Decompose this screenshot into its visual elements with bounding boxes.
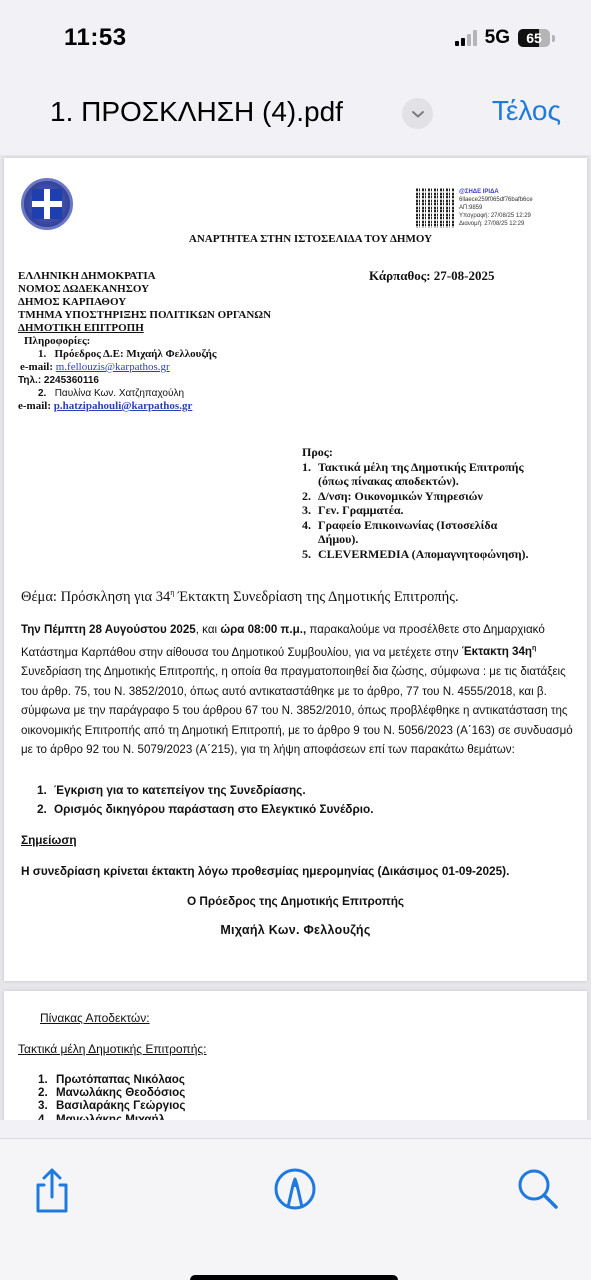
contact-name: Παυλίνα Κων. Χατζηπαχούλη — [55, 388, 184, 399]
session-label: Έκτακτη 34ηη — [462, 645, 537, 658]
stamp-signed: Υπογραφή: 27/08/25 12:29 — [459, 212, 533, 220]
to-label: Προς: — [302, 445, 529, 460]
contact-number: 2. — [38, 388, 46, 399]
markup-button[interactable] — [273, 1167, 317, 1211]
list-item: 1.Τακτικά μέλη της Δημοτικής Επιτροπής(ό… — [302, 460, 529, 489]
list-item: 2.Δ/νση: Οικονομικών Υπηρεσιών — [302, 489, 529, 504]
bottom-toolbar — [0, 1138, 591, 1280]
signatory-role: Ο Πρόεδρος της Δημοτικής Επιτροπής — [4, 894, 587, 908]
pdf-page-2: Πίνακας Αποδεκτών: Τακτικά μέλη Δημοτική… — [4, 991, 587, 1120]
status-bar: 11:53 5G 65 — [0, 0, 591, 80]
email-2-row: e-mail: p.hatzipahouli@karpathos.gr — [18, 400, 271, 413]
nav-bar: 1. ΠΡΟΣΚΛΗΣΗ (4).pdf Τέλος — [0, 80, 591, 152]
item-text: Γεν. Γραμματέα. — [318, 503, 404, 518]
search-icon — [516, 1167, 560, 1211]
contact-number: 1. — [38, 348, 46, 360]
item-text: Μανωλάκης Θεοδόσιος — [56, 1086, 185, 1099]
list-item: 3.Βασιλαράκης Γεώργιος — [38, 1099, 185, 1112]
battery-level: 65 — [518, 29, 550, 47]
document-title[interactable]: 1. ΠΡΟΣΚΛΗΣΗ (4).pdf — [50, 96, 343, 128]
note-title: Σημείωση — [21, 833, 77, 847]
item-number: 4. — [302, 518, 318, 547]
share-button[interactable] — [30, 1167, 74, 1211]
item-text: Δ/νση: Οικονομικών Υπηρεσιών — [318, 489, 483, 504]
stamp-protocol: ΑΠ:9859 — [459, 204, 533, 212]
list-item: 3.Γεν. Γραμματέα. — [302, 503, 529, 518]
note-text: Η συνεδρίαση κρίνεται έκτακτη λόγω προθε… — [21, 864, 509, 878]
contact-1: 1. Πρόεδρος Δ.Ε: Μιχαήλ Φελλουζής — [18, 348, 271, 361]
item-number: 2. — [302, 489, 318, 504]
title-menu-button[interactable] — [402, 98, 433, 129]
stamp-distributed: Διανομή: 27/08/25 12:29 — [459, 220, 533, 228]
contact-2: 2. Παυλίνα Κων. Χατζηπαχούλη — [18, 387, 271, 400]
home-indicator[interactable] — [190, 1275, 398, 1280]
session-sup: η — [532, 646, 536, 653]
recipients-list: 1.Τακτικά μέλη της Δημοτικής Επιτροπής(ό… — [302, 460, 529, 562]
list-item: 1.Έγκριση για το κατεπείγον της Συνεδρία… — [37, 781, 374, 800]
item-number: 3. — [302, 503, 318, 518]
item-text: Μανωλάκης Μιχαήλ — [56, 1113, 165, 1120]
network-type: 5G — [485, 27, 510, 49]
status-time: 11:53 — [64, 24, 127, 52]
pdf-viewer-screen: 11:53 5G 65 1. ΠΡΟΣΚΛΗΣΗ (4).pdf Τέλος — [0, 0, 591, 1280]
stamp-head: @ΣΗΔΕ ΙΡΙΔΑ — [459, 188, 533, 196]
status-indicators: 5G 65 — [455, 27, 555, 49]
issuer-line: ΕΛΛΗΝΙΚΗ ΔΗΜΟΚΡΑΤΙΑ — [18, 270, 271, 283]
list-item: 1.Πρωτόπαπας Νικόλαος — [38, 1073, 185, 1086]
item-number: 4. — [38, 1113, 56, 1120]
battery-icon: 65 — [518, 29, 550, 47]
item-number: 1. — [38, 1073, 56, 1086]
item-number: 1. — [37, 781, 54, 800]
item-text: Ορισμός δικηγόρου παράσταση στο Ελεγκτικ… — [54, 800, 374, 819]
issuer-line: ΝΟΜΟΣ ΔΩΔΕΚΑΝΗΣΟΥ — [18, 283, 271, 296]
regular-members-title: Τακτικά μέλη Δημοτικής Επιτροπής: — [18, 1042, 206, 1056]
meeting-time: ώρα 08:00 π.μ., — [220, 623, 306, 636]
phone: Τηλ.: 2245360116 — [18, 374, 271, 387]
email-link-1[interactable]: m.fellouzis@karpathos.gr — [56, 361, 170, 373]
issuer-line: ΔΗΜΟΤΙΚΗ ΕΠΙΤΡΟΠΗ — [18, 322, 271, 335]
body-text: Συνεδρίαση της Δημοτικής Επιτροπής, η οπ… — [21, 665, 573, 756]
subject-suffix: Έκτακτη Συνεδρίαση της Δημοτικής Επιτροπ… — [174, 589, 458, 605]
info-label: Πληροφορίες: — [18, 335, 271, 348]
item-number: 5. — [302, 547, 318, 562]
recipients-block: Προς: 1.Τακτικά μέλη της Δημοτικής Επιτρ… — [302, 445, 529, 561]
posting-header: ΑΝΑΡΤΗΤΕΑ ΣΤΗΝ ΙΣΤΟΣΕΛΙΔΑ ΤΟΥ ΔΗΜΟΥ — [4, 233, 587, 245]
digital-signature-stamp: @ΣΗΔΕ ΙΡΙΔΑ 6llaece259f065df76bafb6ce ΑΠ… — [459, 188, 533, 228]
item-text: Γραφείο Επικοινωνίας (ΙστοσελίδαΔήμου). — [318, 518, 497, 547]
done-button[interactable]: Τέλος — [492, 95, 561, 127]
markup-pen-icon — [273, 1167, 317, 1211]
body-paragraph: Την Πέμπτη 28 Αυγούστου 2025, και ώρα 08… — [21, 620, 581, 760]
email-label: e-mail: — [20, 361, 53, 373]
item-number: 1. — [302, 460, 318, 489]
greek-coat-of-arms-logo — [21, 178, 73, 230]
list-item: 4.Γραφείο Επικοινωνίας (ΙστοσελίδαΔήμου)… — [302, 518, 529, 547]
item-text: Έγκριση για το κατεπείγον της Συνεδρίαση… — [54, 781, 306, 800]
item-text: Πρωτόπαπας Νικόλαος — [56, 1073, 185, 1086]
list-item: 5.CLEVERMEDIA (Απομαγνητοφώνηση). — [302, 547, 529, 562]
signatory-name: Μιχαήλ Κων. Φελλουζής — [4, 923, 587, 937]
list-item: 4.Μανωλάκης Μιχαήλ — [38, 1113, 185, 1120]
agenda-topics: 1.Έγκριση για το κατεπείγον της Συνεδρία… — [37, 781, 374, 819]
place-date: Κάρπαθος: 27-08-2025 — [369, 268, 494, 284]
meeting-date: Την Πέμπτη 28 Αυγούστου 2025 — [21, 623, 196, 636]
recipients-table-title: Πίνακας Αποδεκτών: — [40, 1011, 150, 1025]
cellular-signal-icon — [455, 30, 477, 46]
issuer-block: ΕΛΛΗΝΙΚΗ ΔΗΜΟΚΡΑΤΙΑ ΝΟΜΟΣ ΔΩΔΕΚΑΝΗΣΟΥ ΔΗ… — [18, 270, 271, 413]
email-link-2[interactable]: p.hatzipahouli@karpathos.gr — [54, 400, 193, 412]
item-text: Τακτικά μέλη της Δημοτικής Επιτροπής(όπω… — [318, 460, 524, 489]
email-1-row: e-mail: m.fellouzis@karpathos.gr — [18, 361, 271, 374]
regular-members-list: 1.Πρωτόπαπας Νικόλαος2.Μανωλάκης Θεοδόσι… — [38, 1073, 185, 1120]
item-number: 2. — [37, 800, 54, 819]
chevron-down-icon — [411, 109, 425, 119]
stamp-hash: 6llaece259f065df76bafb6ce — [459, 196, 533, 204]
issuer-line: ΤΜΗΜΑ ΥΠΟΣΤΗΡΙΞΗΣ ΠΟΛΙΤΙΚΩΝ ΟΡΓΑΝΩΝ — [18, 309, 271, 322]
subject-prefix: Θέμα: Πρόσκληση για 34 — [21, 589, 170, 605]
body-text: , και — [196, 623, 221, 636]
item-number: 3. — [38, 1099, 56, 1112]
item-text: Βασιλαράκης Γεώργιος — [56, 1099, 185, 1112]
item-number: 2. — [38, 1086, 56, 1099]
issuer-line: ΔΗΜΟΣ ΚΑΡΠΑΘΟΥ — [18, 296, 271, 309]
list-item: 2.Μανωλάκης Θεοδόσιος — [38, 1086, 185, 1099]
document-viewer[interactable]: @ΣΗΔΕ ΙΡΙΔΑ 6llaece259f065df76bafb6ce ΑΠ… — [0, 155, 591, 1120]
email-label: e-mail: — [18, 400, 51, 412]
pdf-page-1: @ΣΗΔΕ ΙΡΙΔΑ 6llaece259f065df76bafb6ce ΑΠ… — [4, 158, 587, 981]
search-button[interactable] — [516, 1167, 560, 1211]
qr-code — [416, 188, 454, 228]
contact-name: Πρόεδρος Δ.Ε: Μιχαήλ Φελλουζής — [55, 348, 217, 360]
share-icon — [30, 1167, 74, 1215]
list-item: 2.Ορισμός δικηγόρου παράσταση στο Ελεγκτ… — [37, 800, 374, 819]
item-text: CLEVERMEDIA (Απομαγνητοφώνηση). — [318, 547, 529, 562]
battery-tip — [552, 35, 555, 42]
subject-line: Θέμα: Πρόσκληση για 34η Έκτακτη Συνεδρία… — [21, 588, 459, 606]
